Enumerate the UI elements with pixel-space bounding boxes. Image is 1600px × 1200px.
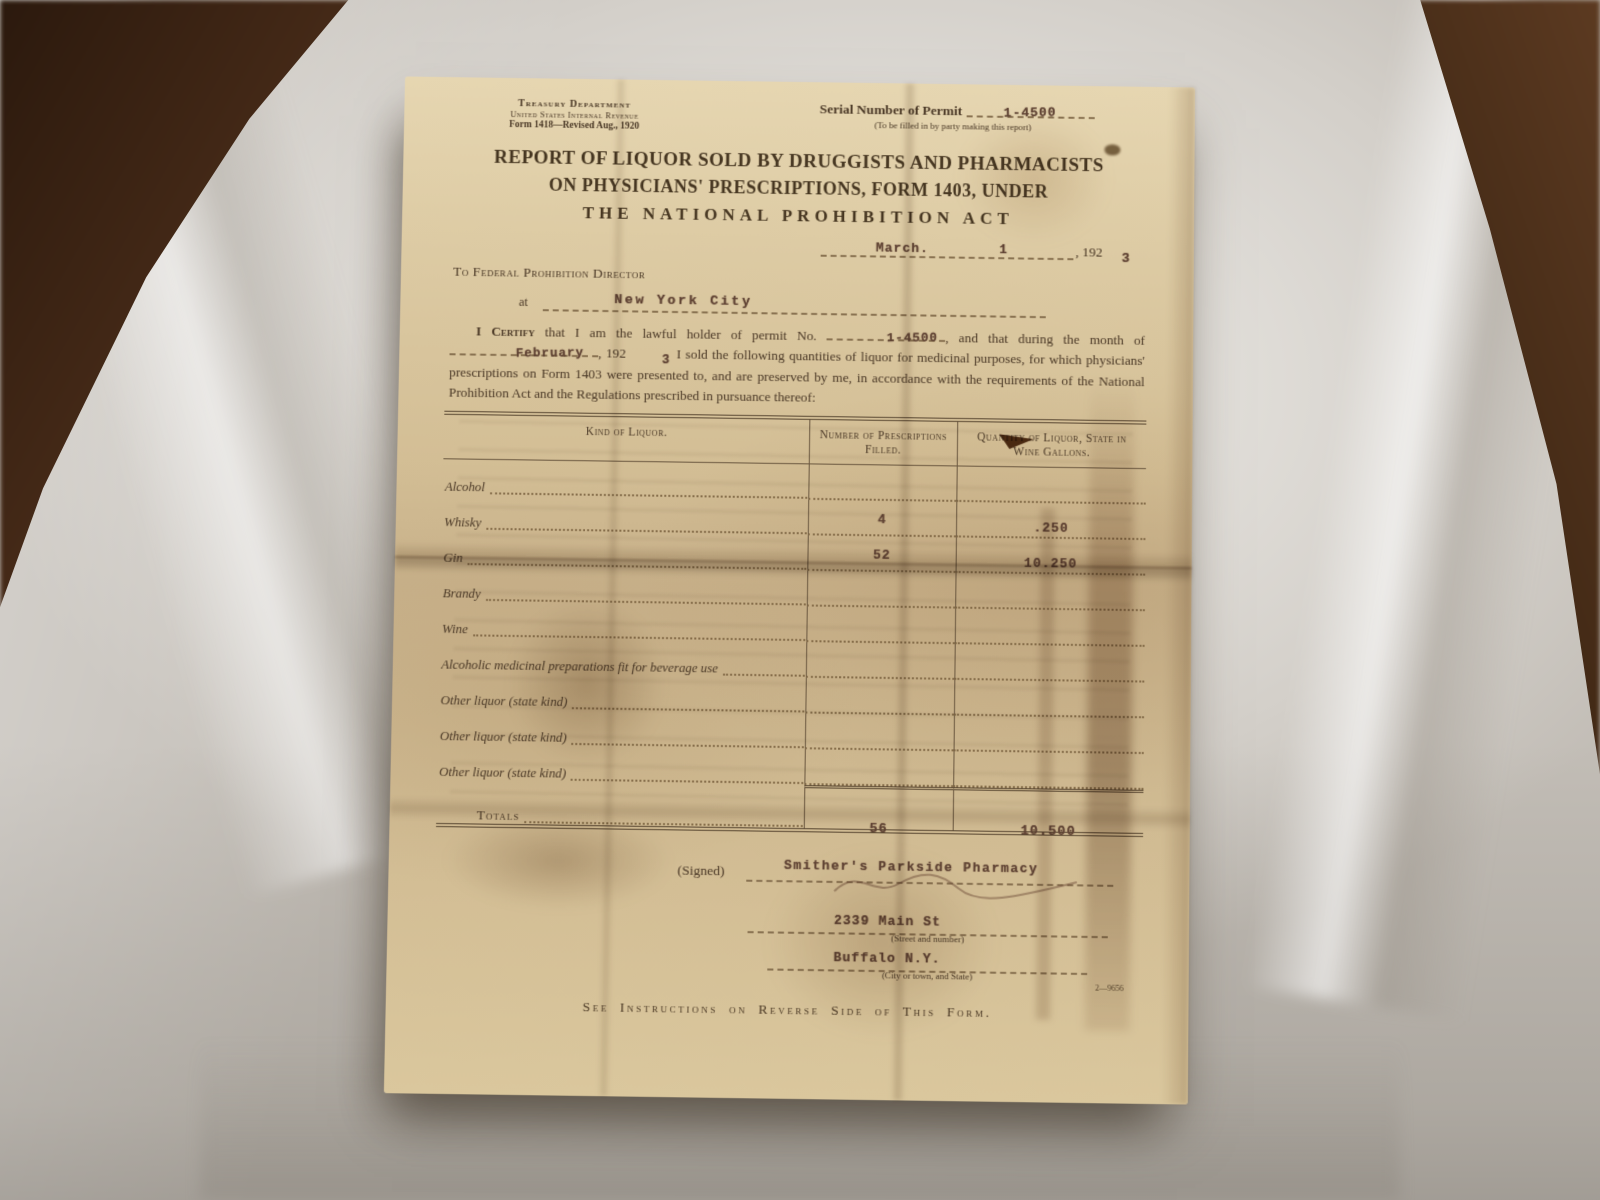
typed-month: March.	[876, 240, 929, 256]
row-label: Other liquor (state kind)	[440, 729, 567, 746]
column-header-prescriptions: Number of Prescriptions Filled.	[809, 420, 957, 466]
certify-intro: I Certify	[476, 323, 535, 339]
serial-number-note: (To be filled in by party making this re…	[874, 120, 1164, 134]
serial-number-value: 1-4500	[1004, 105, 1057, 121]
row-label: Other liquor (state kind)	[439, 765, 566, 782]
certify-text-1: that I am the lawful holder of permit No…	[535, 324, 817, 343]
footer-instructions-note: See Instructions on Reverse Side of This…	[386, 996, 1189, 1024]
typed-report-month: February	[490, 343, 585, 364]
column-header-quantity: Quantity of Liquor, State in Wine Gallon…	[956, 422, 1146, 468]
serial-number-label: Serial Number of Permit	[820, 101, 963, 118]
prescriptions-value	[809, 491, 956, 493]
form-number-line: Form 1418—Revised Aug., 1920	[459, 119, 689, 133]
addressee-line: To Federal Prohibition Director	[453, 264, 645, 283]
photo-scene: Treasury Department United States Intern…	[0, 0, 1600, 1200]
signed-line: (Signed) Smither's Parkside Pharmacy	[677, 860, 1113, 887]
totals-quantity-value: 10.500	[953, 823, 1143, 841]
totals-label: Totals	[477, 807, 520, 824]
row-label: Gin	[443, 551, 463, 567]
row-label: Wine	[442, 622, 468, 638]
month-line: February	[450, 341, 599, 357]
date-line: March. 1	[821, 239, 1074, 261]
liquor-table: Kind of Liquor. Number of Prescriptions …	[436, 411, 1146, 837]
prescriptions-value: 52	[808, 547, 955, 564]
serial-number-line: 1-4500	[966, 102, 1094, 119]
typed-permit-number: 1-4500	[860, 329, 938, 350]
at-rule	[543, 308, 1046, 318]
agency-block: Treasury Department United States Intern…	[459, 97, 690, 133]
signed-label: (Signed)	[677, 862, 724, 879]
typed-street-address: 2339 Main St	[834, 913, 941, 930]
form-title: REPORT OF LIQUOR SOLD BY DRUGGISTS AND P…	[402, 142, 1195, 234]
permit-number-line: 1-4500	[827, 326, 946, 342]
serial-number-block: Serial Number of Permit 1-4500 (To be fi…	[819, 100, 1165, 134]
certify-text-3: , 192	[598, 345, 626, 361]
column-header-kind: Kind of Liquor.	[443, 415, 809, 464]
certification-paragraph: I Certify that I am the lawful holder of…	[449, 321, 1145, 411]
row-label: Brandy	[443, 586, 481, 602]
quantity-value	[957, 499, 1146, 502]
row-label: Whisky	[444, 515, 482, 531]
totals-prescriptions-value: 56	[805, 821, 953, 838]
typed-day: 1	[999, 242, 1008, 257]
print-code: 2—9656	[1095, 983, 1124, 993]
typed-city-value: New York City	[614, 293, 753, 310]
row-label: Other liquor (state kind)	[440, 693, 567, 710]
quantity-value: 10.250	[956, 555, 1145, 573]
paper-document: Treasury Department United States Intern…	[384, 76, 1195, 1104]
totals-row: Totals 56 10.500	[436, 780, 1143, 833]
at-label: at	[519, 295, 528, 310]
printed-year: , 192	[1075, 244, 1102, 260]
row-label: Alcohol	[445, 480, 485, 496]
quantity-value: .250	[957, 519, 1146, 537]
handwritten-signature	[829, 864, 1083, 903]
certify-text-2: , and that during the month of	[945, 330, 1145, 348]
typed-city-state: Buffalo N.Y.	[833, 950, 940, 967]
at-line: at New York City	[519, 293, 1046, 319]
typed-report-year-digit: 3	[636, 350, 671, 370]
typed-year-digit: 3	[1121, 252, 1130, 267]
prescriptions-value: 4	[809, 511, 956, 528]
